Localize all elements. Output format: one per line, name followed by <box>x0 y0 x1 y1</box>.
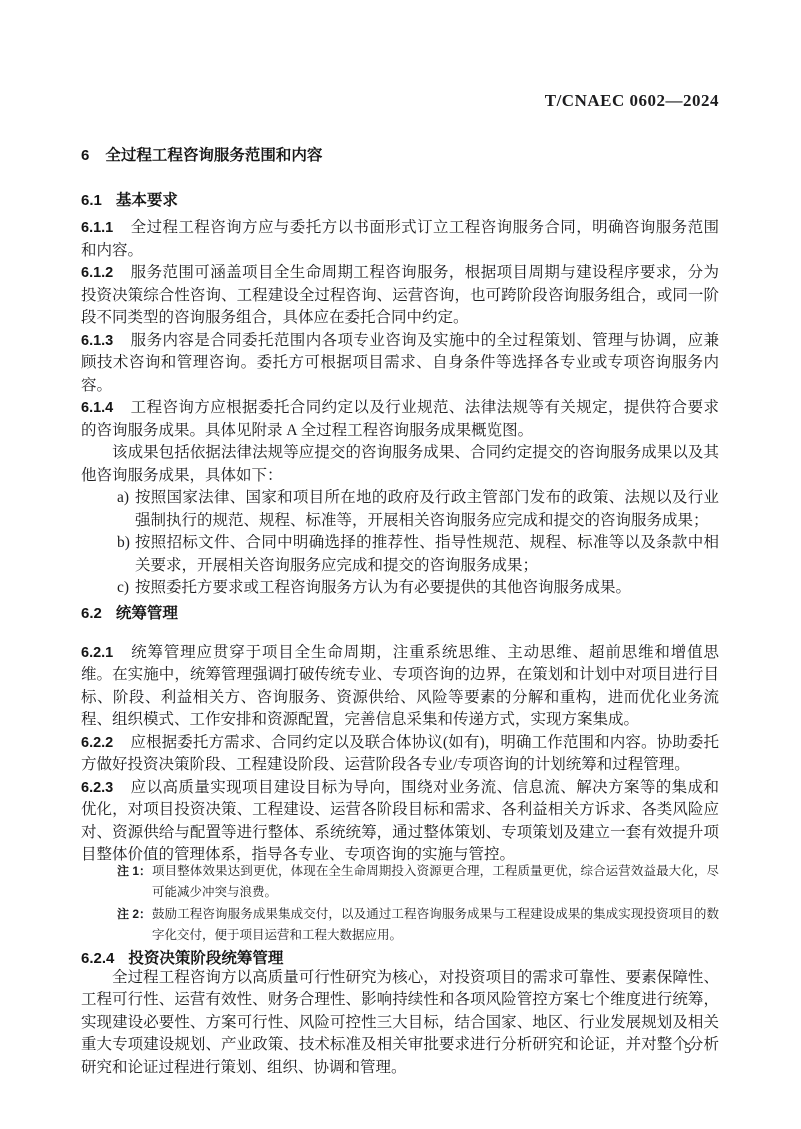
chapter-heading: 6全过程工程咨询服务范围和内容 <box>81 148 719 164</box>
clause-text: 统筹管理应贯穿于项目全生命周期，注重系统思维、主动思维、超前思维和增值思维。在实… <box>81 644 719 729</box>
clause-6-1-1: 6.1.1全过程工程咨询方应与委托方以书面形式订立工程咨询服务合同，明确咨询服务… <box>81 217 719 262</box>
clause-text: 服务内容是合同委托范围内各项专业咨询及实施中的全过程策划、管理与协调，应兼顾技术… <box>81 332 719 394</box>
note-label: 注 1： <box>117 861 151 883</box>
subsection-number: 6.2.4 <box>81 950 114 967</box>
list-item-c: c)按照委托方要求或工程咨询服务方认为有必要提供的其他咨询服务成果。 <box>81 577 719 600</box>
chapter-number: 6 <box>81 147 89 164</box>
clause-text: 服务范围可涵盖项目全生命周期工程咨询服务，根据项目周期与建设程序要求，分为投资决… <box>81 264 719 326</box>
section-6-1-body: 6.1.1全过程工程咨询方应与委托方以书面形式订立工程咨询服务合同，明确咨询服务… <box>81 217 719 600</box>
list-item-b: b)按照招标文件、合同中明确选择的推荐性、指导性规范、规程、标准等以及条款中相关… <box>81 532 719 577</box>
list-item-a: a)按照国家法律、国家和项目所在地的政府及行政主管部门发布的政策、法规以及行业强… <box>81 487 719 532</box>
list-text: 按照国家法律、国家和项目所在地的政府及行政主管部门发布的政策、法规以及行业强制执… <box>135 489 719 529</box>
section-number: 6.1 <box>81 192 102 209</box>
clause-number: 6.2.3 <box>81 780 113 796</box>
clause-6-2-3: 6.2.3应以高质量实现项目建设目标为导向，围绕对业务流、信息流、解决方案等的集… <box>81 777 719 867</box>
clause-6-1-2: 6.1.2服务范围可涵盖项目全生命周期工程咨询服务，根据项目周期与建设程序要求，… <box>81 262 719 330</box>
section-title: 统筹管理 <box>116 605 178 622</box>
notes-block: 注 1：项目整体效果达到更优，体现在全生命周期投入资源更合理，工程质量更优，综合… <box>81 861 719 947</box>
deliverables-paragraph: 该成果包括依据法律法规等应提交的咨询服务成果、合同约定提交的咨询服务成果以及其他… <box>81 442 719 487</box>
list-marker: c) <box>117 577 129 600</box>
section-heading-6-1: 6.1基本要求 <box>81 193 719 209</box>
page-number: 5 <box>684 1041 691 1057</box>
section-number: 6.2 <box>81 605 102 622</box>
clause-6-1-4: 6.1.4工程咨询方应根据委托合同约定以及行业规范、法律法规等有关规定，提供符合… <box>81 397 719 442</box>
clause-number: 6.2.2 <box>81 735 113 751</box>
section-title: 基本要求 <box>116 192 178 209</box>
list-marker: b) <box>117 532 130 555</box>
note-text: 鼓励工程咨询服务成果集成交付，以及通过工程咨询服务成果与工程建设成果的集成实现投… <box>152 907 719 943</box>
note-label: 注 2： <box>117 904 151 926</box>
paragraph-6-2-4: 全过程工程咨询方以高质量可行性研究为核心，对投资项目的需求可靠性、要素保障性、工… <box>81 967 719 1080</box>
clause-text: 全过程工程咨询方应与委托方以书面形式订立工程咨询服务合同，明确咨询服务范围和内容… <box>81 219 719 259</box>
clause-number: 6.1.2 <box>81 265 113 281</box>
list-text: 按照委托方要求或工程咨询服务方认为有必要提供的其他咨询服务成果。 <box>135 579 631 596</box>
clause-number: 6.1.4 <box>81 400 113 416</box>
clause-text: 工程咨询方应根据委托合同约定以及行业规范、法律法规等有关规定，提供符合要求的咨询… <box>81 399 719 439</box>
clause-number: 6.2.1 <box>81 645 113 661</box>
subsection-heading-6-2-4: 6.2.4投资决策阶段统筹管理 <box>81 951 719 967</box>
document-page: T/CNAEC 0602—2024 6全过程工程咨询服务范围和内容 6.1基本要… <box>0 0 801 1129</box>
note-2: 注 2：鼓励工程咨询服务成果集成交付，以及通过工程咨询服务成果与工程建设成果的集… <box>81 904 719 947</box>
clause-6-1-3: 6.1.3服务内容是合同委托范围内各项专业咨询及实施中的全过程策划、管理与协调，… <box>81 330 719 398</box>
page-content: T/CNAEC 0602—2024 6全过程工程咨询服务范围和内容 6.1基本要… <box>0 0 801 1079</box>
subsection-title: 投资决策阶段统筹管理 <box>128 950 283 967</box>
note-1: 注 1：项目整体效果达到更优，体现在全生命周期投入资源更合理，工程质量更优，综合… <box>81 861 719 904</box>
clause-6-2-2: 6.2.2应根据委托方需求、合同约定以及联合体协议(如有)，明确工作范围和内容。… <box>81 732 719 777</box>
clause-text: 应以高质量实现项目建设目标为导向，围绕对业务流、信息流、解决方案等的集成和优化，… <box>81 779 719 864</box>
list-text: 按照招标文件、合同中明确选择的推荐性、指导性规范、规程、标准等以及条款中相关要求… <box>135 534 719 574</box>
section-heading-6-2: 6.2统筹管理 <box>81 606 719 622</box>
clause-number: 6.1.1 <box>81 220 113 236</box>
chapter-title: 全过程工程咨询服务范围和内容 <box>105 147 322 164</box>
clause-number: 6.1.3 <box>81 333 113 349</box>
clause-6-2-1: 6.2.1统筹管理应贯穿于项目全生命周期，注重系统思维、主动思维、超前思维和增值… <box>81 642 719 732</box>
section-6-2-body: 6.2.1统筹管理应贯穿于项目全生命周期，注重系统思维、主动思维、超前思维和增值… <box>81 642 719 867</box>
list-marker: a) <box>117 487 129 510</box>
clause-text: 应根据委托方需求、合同约定以及联合体协议(如有)，明确工作范围和内容。协助委托方… <box>81 734 719 774</box>
standard-code: T/CNAEC 0602—2024 <box>81 0 719 110</box>
note-text: 项目整体效果达到更优，体现在全生命周期投入资源更合理，工程质量更优，综合运营效益… <box>152 864 719 900</box>
